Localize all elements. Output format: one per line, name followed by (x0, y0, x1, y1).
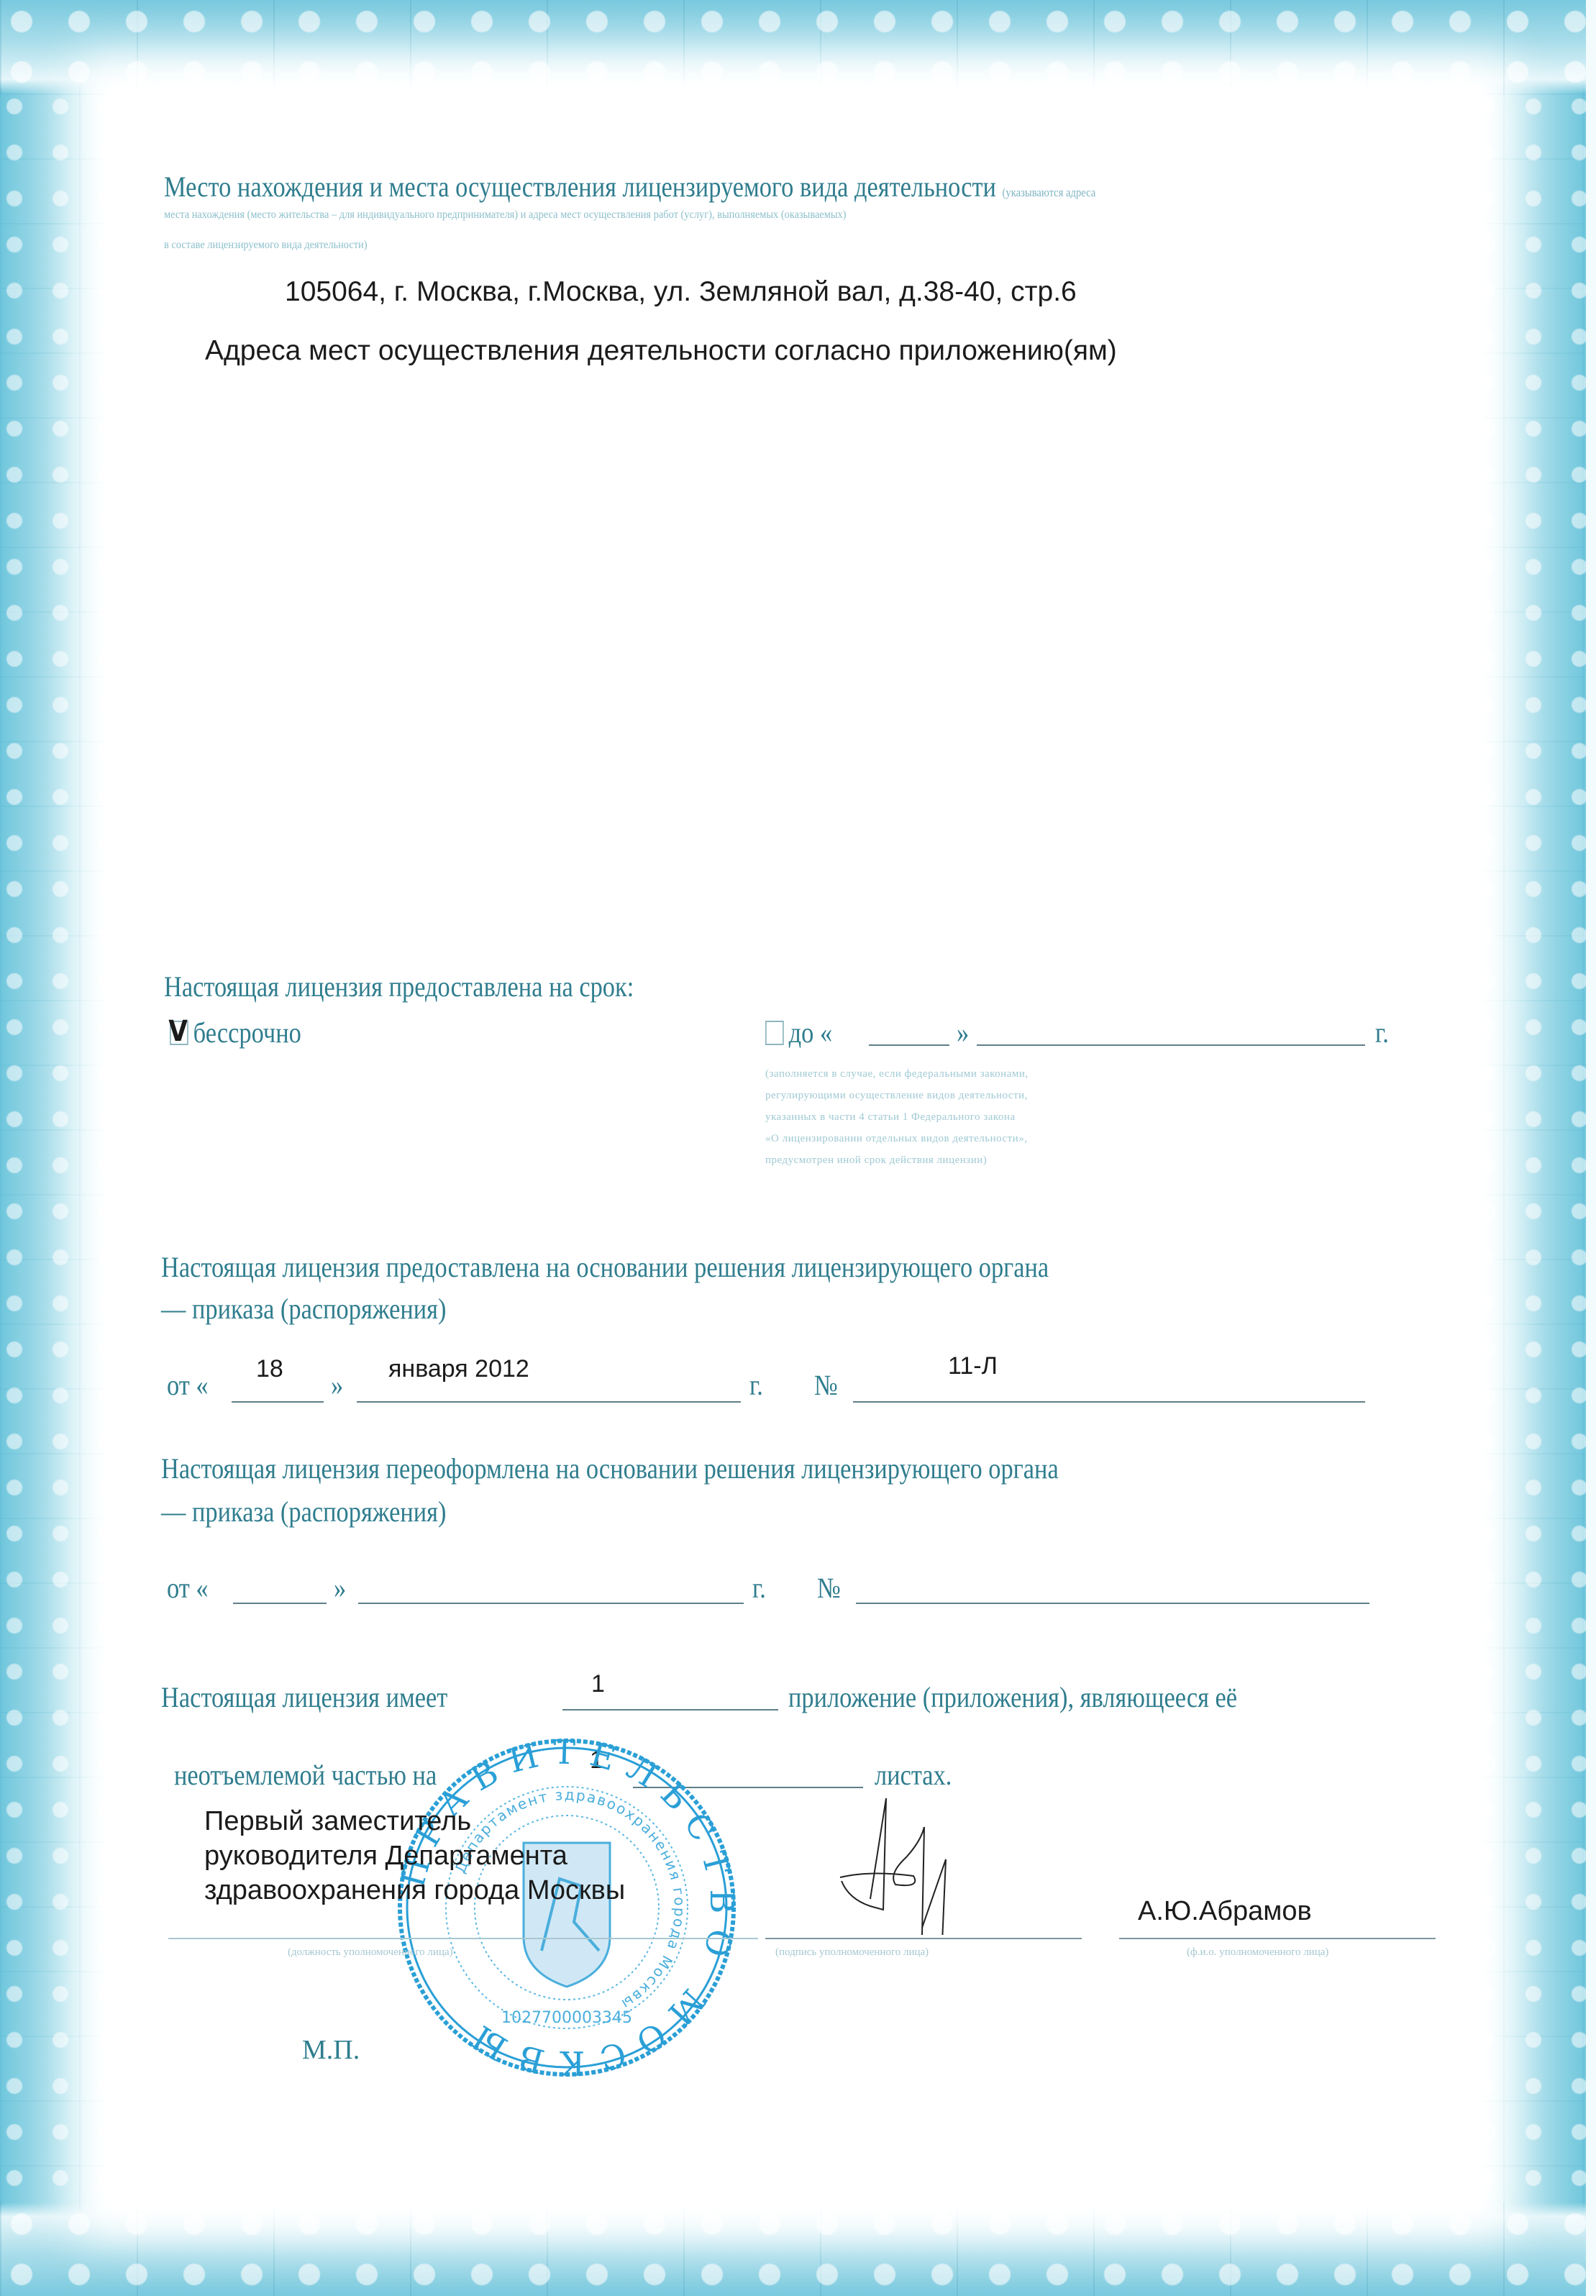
until-note: (заполняется в случае, если федеральными… (765, 1063, 1029, 1171)
location-heading: Место нахождения и места осуществления л… (164, 170, 1095, 204)
until-checkbox[interactable] (765, 1021, 784, 1045)
seal-icon: ПРАВИТЕЛЬСТВО МОСКВЫ Департамент здравоо… (394, 1735, 739, 2080)
appendix-line-2-suffix: листах. (875, 1758, 952, 1792)
until-note-line: «О лицензировании отдельных видов деятел… (765, 1128, 1029, 1149)
signer-position: Первый заместитель руководителя Департам… (204, 1804, 625, 1908)
indefinite-checkbox[interactable]: V (170, 1021, 188, 1045)
grant-from-label: от « (167, 1368, 209, 1402)
caption-signature: (подпись уполномоченного лица) (775, 1946, 929, 1959)
grant-month-year-field[interactable] (357, 1401, 741, 1403)
until-note-line: (заполняется в случае, если федеральными… (765, 1063, 1029, 1085)
signer-position-line: руководителя Департамента (204, 1839, 625, 1873)
location-note-line-3: в составе лицензируемого вида деятельнос… (164, 239, 368, 252)
until-month-year-field[interactable] (977, 1044, 1365, 1046)
reissue-number-label: № (817, 1571, 841, 1605)
grant-line-2: — приказа (распоряжения) (161, 1292, 446, 1326)
term-until-option[interactable]: до « (765, 1016, 832, 1049)
position-line (168, 1938, 758, 1939)
indefinite-label: бессрочно (193, 1016, 301, 1049)
appendix-line-1-suffix: приложение (приложения), являющееся её (788, 1680, 1237, 1714)
signer-position-line: Первый заместитель (204, 1804, 625, 1839)
page-edge (1586, 0, 1596, 2296)
until-year-suffix: г. (1375, 1016, 1389, 1049)
caption-name: (ф.и.о. уполномоченного лица) (1187, 1946, 1328, 1959)
appendix-count-field[interactable] (562, 1709, 778, 1710)
official-seal-stamp: ПРАВИТЕЛЬСТВО МОСКВЫ Департамент здравоо… (394, 1735, 739, 2080)
decorative-frame-bottom (0, 2202, 1586, 2296)
grant-number-label: № (814, 1368, 838, 1402)
grant-quote-close: » (331, 1368, 343, 1402)
grant-day-field[interactable] (232, 1401, 324, 1403)
addresses-per-appendix: Адреса мест осуществления деятельности с… (205, 335, 1117, 367)
appendix-line-1-prefix: Настоящая лицензия имеет (161, 1680, 447, 1714)
until-quote-close: » (957, 1016, 969, 1049)
check-mark-icon: V (168, 1015, 188, 1048)
grant-number-field[interactable] (853, 1401, 1365, 1403)
until-note-line: регулирующими осуществление видов деятел… (765, 1085, 1029, 1106)
term-indefinite-option[interactable]: Vбессрочно (170, 1016, 301, 1049)
term-heading: Настоящая лицензия предоставлена на срок… (164, 970, 634, 1003)
name-line (1119, 1938, 1436, 1939)
decorative-frame-top (0, 0, 1586, 94)
until-note-line: предусмотрен иной срок действия лицензии… (765, 1149, 1029, 1171)
handwritten-signature (827, 1791, 1014, 1935)
reissue-year-suffix: г. (752, 1571, 766, 1605)
reissue-day-field[interactable] (233, 1603, 327, 1604)
grant-year-suffix: г. (749, 1368, 763, 1402)
signer-name: А.Ю.Абрамов (1138, 1896, 1312, 1927)
license-address: 105064, г. Москва, г.Москва, ул. Земляно… (285, 276, 1077, 308)
location-heading-note: (указываются адреса (1003, 186, 1096, 199)
reissue-month-year-field[interactable] (358, 1603, 744, 1604)
grant-number-value: 11-Л (948, 1352, 998, 1380)
reissue-line-1: Настоящая лицензия переоформлена на осно… (161, 1452, 1059, 1485)
grant-line-1: Настоящая лицензия предоставлена на осно… (161, 1250, 1049, 1284)
reissue-line-2: — приказа (распоряжения) (161, 1495, 446, 1529)
until-label: до « (789, 1016, 833, 1049)
grant-day-value: 18 (256, 1355, 283, 1383)
location-heading-text: Место нахождения и места осуществления л… (164, 170, 996, 203)
caption-position: (должность уполномоченного лица) (288, 1946, 453, 1959)
signature-line (765, 1938, 1082, 1939)
until-day-field[interactable] (869, 1044, 949, 1046)
until-note-line: указанных в части 4 статьи 1 Федеральног… (765, 1106, 1029, 1128)
reissue-quote-close: » (334, 1571, 346, 1605)
location-note-line-2: места нахождения (место жительства – для… (164, 209, 847, 222)
reissue-from-label: от « (167, 1571, 209, 1605)
seal-registration-number: 1027700003345 (501, 2009, 632, 2027)
grant-month-year-value: января 2012 (388, 1355, 529, 1383)
seal-place-label: М.П. (302, 2034, 360, 2066)
reissue-number-field[interactable] (856, 1603, 1369, 1604)
signer-position-line: здравоохранения города Москвы (204, 1873, 625, 1908)
appendix-count-value: 1 (591, 1670, 605, 1698)
